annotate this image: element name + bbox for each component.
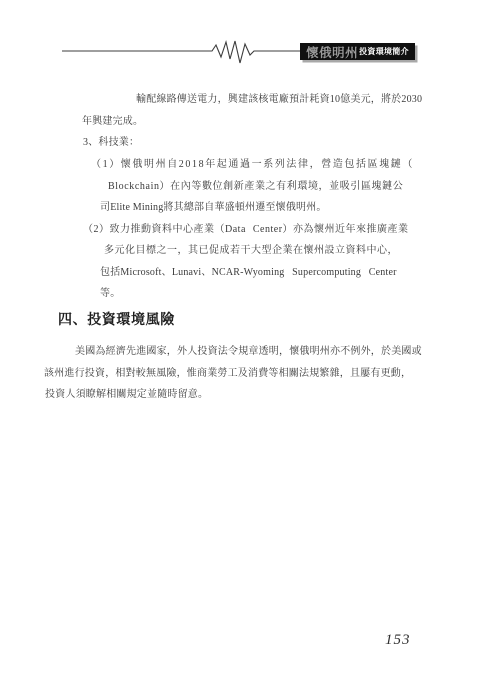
- page-number: 153: [385, 631, 411, 649]
- banner-title: 懷俄明州: [306, 43, 358, 61]
- paragraph-line: 美國為經濟先進國家，外人投資法令規章透明，懷俄明州亦不例外，於美國或: [75, 345, 422, 358]
- banner-subtitle: 投資環境簡介: [359, 46, 409, 57]
- sub-item-line: 司Elite Mining將其總部自華盛頓州遷至懷俄明州。: [100, 201, 327, 214]
- document-page: 懷俄明州 投資環境簡介 輸配線路傳送電力，興建該核電廠預計耗資10億美元，將於2…: [0, 0, 480, 679]
- sub-item-line: （1）懷俄明州自2018年起通過一系列法律，營造包括區塊鏈（: [91, 158, 414, 171]
- sub-item-line: 等。: [100, 287, 120, 300]
- sub-item-line: （2）致力推動資料中心產業（Data Center）亦為懷州近年來推廣產業: [83, 223, 409, 236]
- paragraph-line: 該州進行投資，相對較無風險，惟商業勞工及消費等相關法規繁雜，且屢有更動，: [44, 367, 411, 380]
- sub-item-line: 多元化目標之一，其已促成若干大型企業在懷州設立資料中心，: [104, 244, 398, 257]
- sub-item-line: 包括Microsoft、Lunavi、NCAR-Wyoming Supercom…: [100, 266, 397, 279]
- paragraph-line: 投資人須瞭解相關規定並隨時留意。: [45, 388, 208, 401]
- continuation-paragraph-line: 輸配線路傳送電力，興建該核電廠預計耗資10億美元，將於2030: [136, 93, 422, 106]
- continuation-paragraph-line: 年興建完成。: [82, 115, 143, 128]
- section-heading: 四、投資環境風險: [58, 313, 175, 329]
- sub-item-line: Blockchain）在內等數位創新產業之有利環境，並吸引區塊鏈公: [108, 180, 403, 193]
- chapter-banner: 懷俄明州 投資環境簡介: [300, 43, 415, 60]
- list-item-heading: 3、科技業：: [83, 136, 139, 149]
